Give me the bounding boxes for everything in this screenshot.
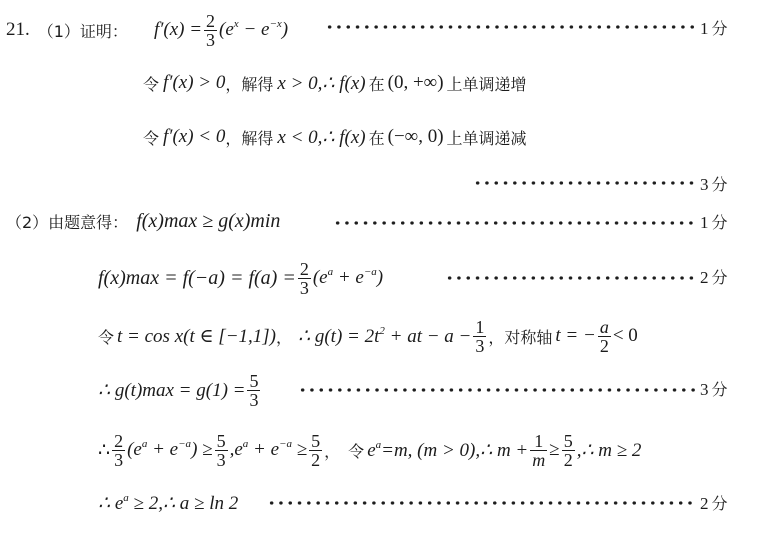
- score-part1-1: 1分: [700, 16, 728, 39]
- dot-leader: [267, 500, 695, 506]
- part1-header-line: 21. （1）证明： f′(x) = 2 3 (ex − e−x): [6, 8, 288, 52]
- part2-label: （2）由题意得：: [6, 210, 128, 233]
- score-part2-2: 2分: [700, 265, 728, 288]
- dot-leader: [445, 275, 695, 281]
- dot-leader: [325, 24, 695, 30]
- part2-condition: f(x)max ≥ g(x)min: [136, 210, 280, 233]
- score-part2-1: 1分: [700, 210, 728, 233]
- decreasing-line: 令 f′(x) < 0 ， 解得 x < 0,∴ f(x) 在 (−∞, 0) …: [143, 122, 527, 152]
- derivative-rhs: (ex − e−x): [219, 19, 288, 41]
- part1-label: （1）证明：: [38, 19, 128, 42]
- score-part2-4: 2分: [700, 491, 728, 514]
- fmax-line: f(x)max = f(−a) = f(a) = 2 3 (ea + e−a): [98, 254, 383, 302]
- gmax-line: ∴ g(t)max = g(1) = 5 3: [98, 366, 262, 414]
- final-line: ∴ ea ≥ 2,∴ a ≥ ln 2: [98, 488, 238, 518]
- fraction-two-thirds: 2 3: [204, 12, 217, 49]
- fraction-two-thirds: 2 3: [298, 260, 311, 297]
- substitution-line: 令 t = cos x(t ∈ [−1,1]) ， ∴ g(t) = 2t2 +…: [98, 312, 638, 360]
- increasing-line: 令 f′(x) > 0 ， 解得 x > 0,∴ f(x) 在 (0, +∞) …: [143, 68, 527, 98]
- part2-header-line: （2）由题意得： f(x)max ≥ g(x)min: [6, 206, 280, 236]
- derivative-lhs: f′(x) =: [154, 19, 202, 41]
- dot-leader: [473, 180, 695, 186]
- fraction-one-third: 1 3: [473, 318, 486, 355]
- fraction-a-over-2: a 2: [598, 318, 611, 355]
- dot-leader: [298, 387, 695, 393]
- score-part2-3: 3分: [700, 377, 728, 400]
- score-part1-2: 3分: [700, 172, 728, 195]
- dot-leader: [333, 220, 695, 226]
- fraction-five-thirds: 5 3: [247, 372, 260, 409]
- inequality-line: ∴ 23 (ea + e−a) ≥ 53 ,ea + e−a ≥ 52 ， 令 …: [98, 424, 641, 476]
- problem-number: 21.: [6, 19, 30, 41]
